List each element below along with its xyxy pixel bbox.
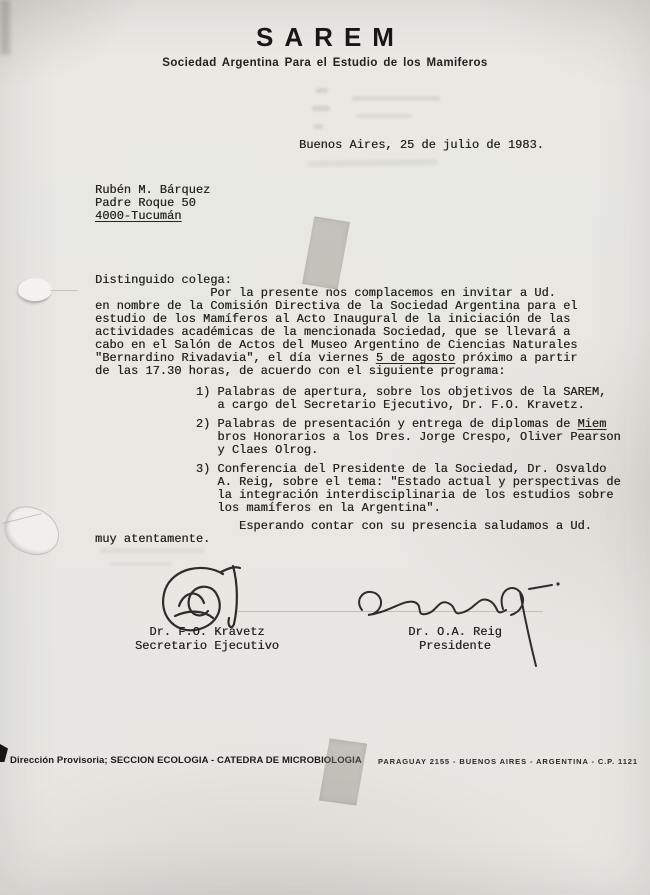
- closing-paragraph: Esperando contar con su presencia saluda…: [95, 520, 621, 546]
- ghost-imprint: [308, 159, 438, 167]
- ghost-imprint: [110, 562, 172, 566]
- footer-address-value: PARAGUAY 2155 - BUENOS AIRES - ARGENTINA…: [378, 757, 638, 766]
- ghost-imprint: [352, 96, 440, 101]
- ghost-imprint: [314, 124, 323, 129]
- program-item-3: 3) Conferencia del Presidente de la Soci…: [95, 463, 621, 515]
- signatory-left-name: Dr. F.O. Kravetz: [149, 625, 264, 639]
- footer-address-label: Dirección Provisoria; SECCION ECOLOGIA -…: [10, 755, 362, 766]
- ghost-imprint: [312, 106, 330, 111]
- letterhead: SAREM Sociedad Argentina Para el Estudio…: [0, 22, 650, 69]
- reig-signature: [352, 572, 567, 672]
- program-item-2: 2) Palabras de presentación y entrega de…: [95, 418, 621, 457]
- punch-hole-mark: [18, 278, 52, 303]
- ghost-imprint: [316, 88, 328, 93]
- org-full-name: Sociedad Argentina Para el Estudio de lo…: [0, 57, 650, 69]
- letter-body: Distinguido colega: Por la presente nos …: [95, 274, 621, 546]
- crease-mark: [0, 500, 66, 561]
- signatory-left: Dr. F.O. Kravetz Secretario Ejecutivo: [128, 626, 286, 653]
- scanner-edge-smudge: [0, 0, 10, 55]
- punch-hole-scratch: [50, 290, 78, 291]
- salutation-paragraph: Distinguido colega: Por la presente nos …: [95, 274, 621, 378]
- signatory-right: Dr. O.A. Reig Presidente: [385, 626, 525, 653]
- scanner-edge-mark: [0, 744, 8, 762]
- signatory-right-name: Dr. O.A. Reig: [408, 625, 502, 639]
- date-line: Buenos Aires, 25 de julio de 1983.: [299, 139, 544, 152]
- ghost-imprint: [318, 142, 325, 147]
- signature-rule-line: [238, 611, 543, 612]
- org-acronym: SAREM: [0, 22, 650, 53]
- recipient-address: Rubén M. Bárquez Padre Roque 50 4000-Tuc…: [95, 184, 210, 223]
- letter-page: SAREM Sociedad Argentina Para el Estudio…: [0, 0, 650, 895]
- ghost-imprint: [356, 114, 412, 118]
- tape-mark-bottom: [319, 738, 367, 806]
- ghost-imprint: [100, 548, 205, 553]
- signatory-left-role: Secretario Ejecutivo: [135, 639, 279, 653]
- signatory-right-role: Presidente: [419, 639, 491, 653]
- program-item-1: 1) Palabras de apertura, sobre los objet…: [95, 386, 621, 412]
